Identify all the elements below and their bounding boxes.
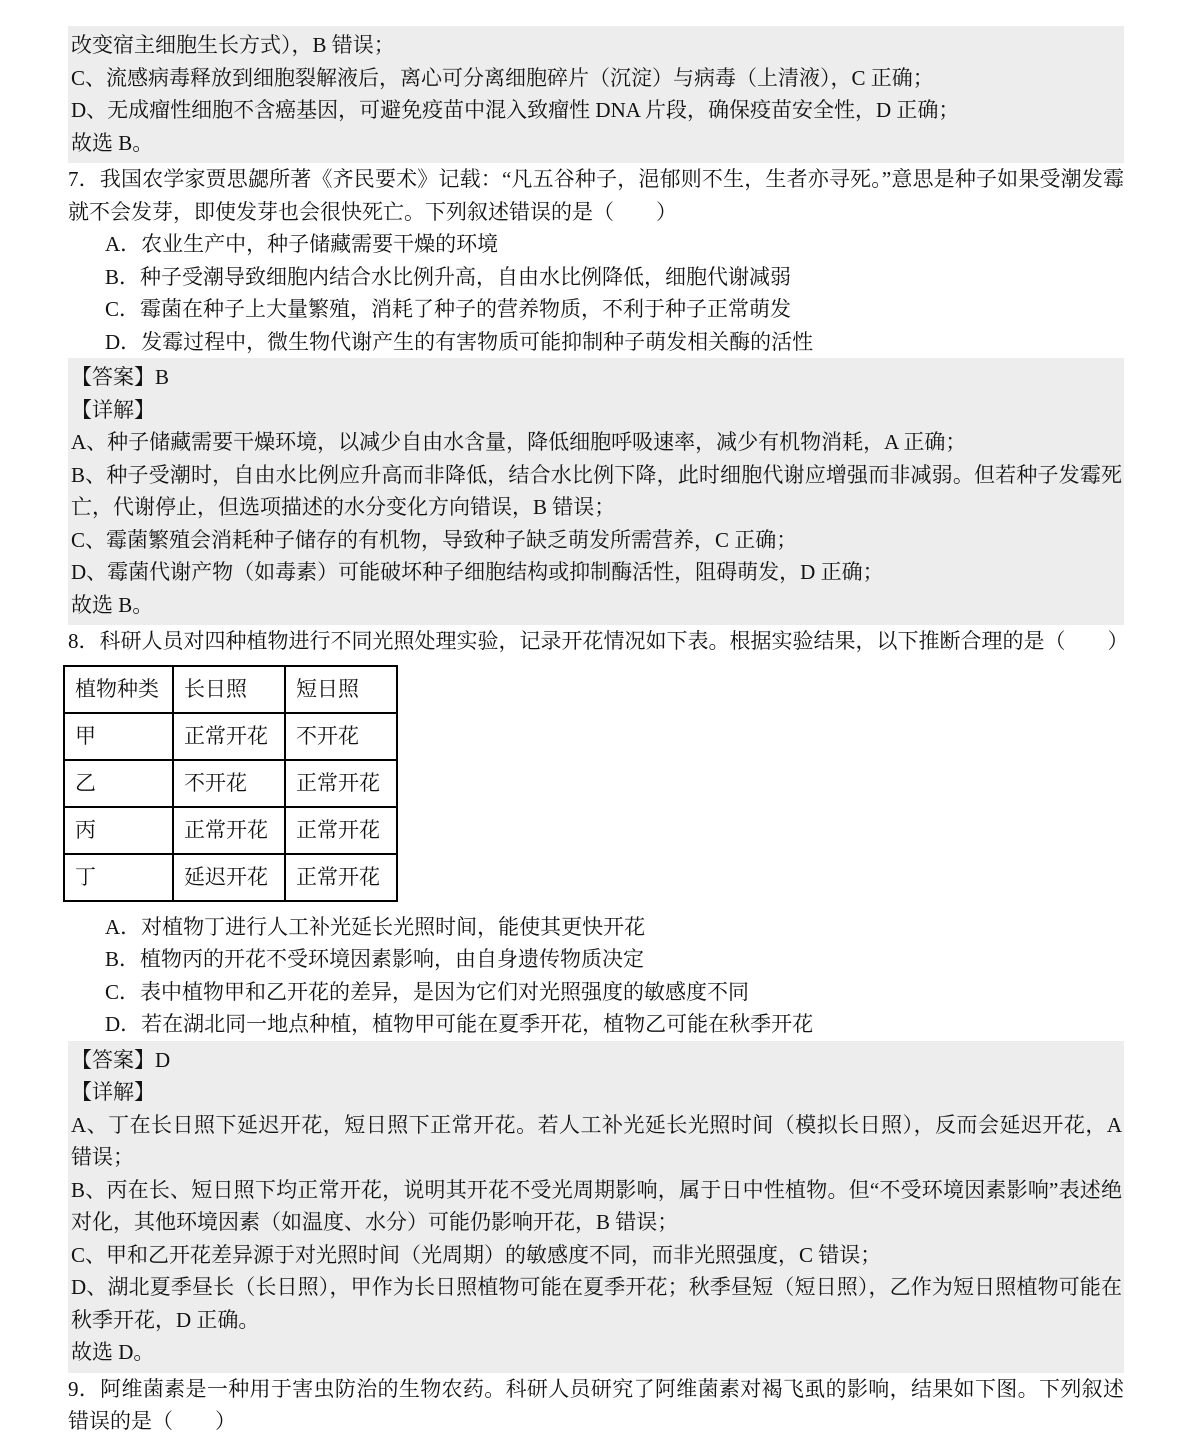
explanation-line: C、霉菌繁殖会消耗种子储存的有机物，导致种子缺乏萌发所需营养，C 正确；	[71, 524, 1122, 557]
explanation-line: 故选 B。	[71, 127, 1122, 160]
question-7: 7．我国农学家贾思勰所著《齐民要术》记载：“凡五谷种子，浥郁则不生，生者亦寻死。…	[68, 163, 1124, 358]
detail-label: 【详解】	[71, 1076, 1122, 1109]
table-cell: 丁	[64, 854, 173, 901]
question-8-option-d: D．若在湖北同一地点种植，植物甲可能在夏季开花，植物乙可能在秋季开花	[68, 1008, 1124, 1041]
table-row: 丙 正常开花 正常开花	[64, 807, 397, 854]
question-8-stem: 8．科研人员对四种植物进行不同光照处理实验，记录开花情况如下表。根据实验结果，以…	[68, 625, 1124, 658]
explanation-conclusion: 故选 B。	[71, 589, 1122, 622]
question-7-option-a: A．农业生产中，种子储藏需要干燥的环境	[68, 228, 1124, 261]
table-header-cell: 短日照	[285, 666, 397, 713]
explanation-line: D、无成瘤性细胞不含癌基因，可避免疫苗中混入致瘤性 DNA 片段，确保疫苗安全性…	[71, 94, 1122, 127]
table-cell: 丙	[64, 807, 173, 854]
table-cell: 乙	[64, 760, 173, 807]
question-9-stem: 9．阿维菌素是一种用于害虫防治的生物农药。科研人员研究了阿维菌素对褐飞虱的影响，…	[68, 1373, 1124, 1438]
table-cell: 正常开花	[285, 854, 397, 901]
flowering-table: 植物种类 长日照 短日照 甲 正常开花 不开花 乙 不开花 正常开花 丙 正常开…	[63, 665, 398, 902]
table-cell: 甲	[64, 713, 173, 760]
explanation-line: D、霉菌代谢产物（如毒素）可能破坏种子细胞结构或抑制酶活性，阻碍萌发，D 正确；	[71, 556, 1122, 589]
table-header-cell: 植物种类	[64, 666, 173, 713]
explanation-block-q6-tail: 改变宿主细胞生长方式），B 错误； C、流感病毒释放到细胞裂解液后，离心可分离细…	[68, 26, 1124, 163]
question-7-option-b: B．种子受潮导致细胞内结合水比例升高，自由水比例降低，细胞代谢减弱	[68, 261, 1124, 294]
table-header-cell: 长日照	[173, 666, 285, 713]
question-7-stem: 7．我国农学家贾思勰所著《齐民要术》记载：“凡五谷种子，浥郁则不生，生者亦寻死。…	[68, 163, 1124, 228]
table-cell: 不开花	[173, 760, 285, 807]
table-cell: 正常开花	[285, 807, 397, 854]
answer-label: 【答案】D	[71, 1044, 1122, 1077]
question-8: 8．科研人员对四种植物进行不同光照处理实验，记录开花情况如下表。根据实验结果，以…	[68, 625, 1124, 1041]
table-cell: 延迟开花	[173, 854, 285, 901]
question-8-option-b: B．植物丙的开花不受环境因素影响，由自身遗传物质决定	[68, 943, 1124, 976]
detail-label: 【详解】	[71, 394, 1122, 427]
explanation-line: D、湖北夏季昼长（长日照），甲作为长日照植物可能在夏季开花；秋季昼短（短日照），…	[71, 1271, 1122, 1336]
answer-block-q7: 【答案】B 【详解】 A、种子储藏需要干燥环境，以减少自由水含量，降低细胞呼吸速…	[68, 358, 1124, 625]
table-cell: 不开花	[285, 713, 397, 760]
question-9: 9．阿维菌素是一种用于害虫防治的生物农药。科研人员研究了阿维菌素对褐飞虱的影响，…	[68, 1373, 1124, 1438]
explanation-line: B、丙在长、短日照下均正常开花，说明其开花不受光周期影响，属于日中性植物。但“不…	[71, 1174, 1122, 1239]
table-cell: 正常开花	[285, 760, 397, 807]
question-8-option-a: A．对植物丁进行人工补光延长光照时间，能使其更快开花	[68, 911, 1124, 944]
explanation-line: A、种子储藏需要干燥环境，以减少自由水含量，降低细胞呼吸速率，减少有机物消耗，A…	[71, 426, 1122, 459]
explanation-line: B、种子受潮时，自由水比例应升高而非降低，结合水比例下降，此时细胞代谢应增强而非…	[71, 459, 1122, 524]
explanation-line: A、丁在长日照下延迟开花，短日照下正常开花。若人工补光延长光照时间（模拟长日照）…	[71, 1109, 1122, 1174]
explanation-line: C、甲和乙开花差异源于对光照时间（光周期）的敏感度不同，而非光照强度，C 错误；	[71, 1239, 1122, 1272]
answer-block-q8: 【答案】D 【详解】 A、丁在长日照下延迟开花，短日照下正常开花。若人工补光延长…	[68, 1041, 1124, 1373]
table-cell: 正常开花	[173, 807, 285, 854]
answer-label: 【答案】B	[71, 361, 1122, 394]
table-row: 丁 延迟开花 正常开花	[64, 854, 397, 901]
question-7-option-c: C．霉菌在种子上大量繁殖，消耗了种子的营养物质，不利于种子正常萌发	[68, 293, 1124, 326]
table-header-row: 植物种类 长日照 短日照	[64, 666, 397, 713]
table-row: 乙 不开花 正常开花	[64, 760, 397, 807]
table-cell: 正常开花	[173, 713, 285, 760]
exam-document-page: 改变宿主细胞生长方式），B 错误； C、流感病毒释放到细胞裂解液后，离心可分离细…	[0, 0, 1190, 1456]
explanation-line: C、流感病毒释放到细胞裂解液后，离心可分离细胞碎片（沉淀）与病毒（上清液），C …	[71, 62, 1122, 95]
question-8-option-c: C．表中植物甲和乙开花的差异，是因为它们对光照强度的敏感度不同	[68, 976, 1124, 1009]
question-7-option-d: D．发霉过程中，微生物代谢产生的有害物质可能抑制种子萌发相关酶的活性	[68, 326, 1124, 359]
explanation-line: 改变宿主细胞生长方式），B 错误；	[71, 29, 1122, 62]
table-row: 甲 正常开花 不开花	[64, 713, 397, 760]
